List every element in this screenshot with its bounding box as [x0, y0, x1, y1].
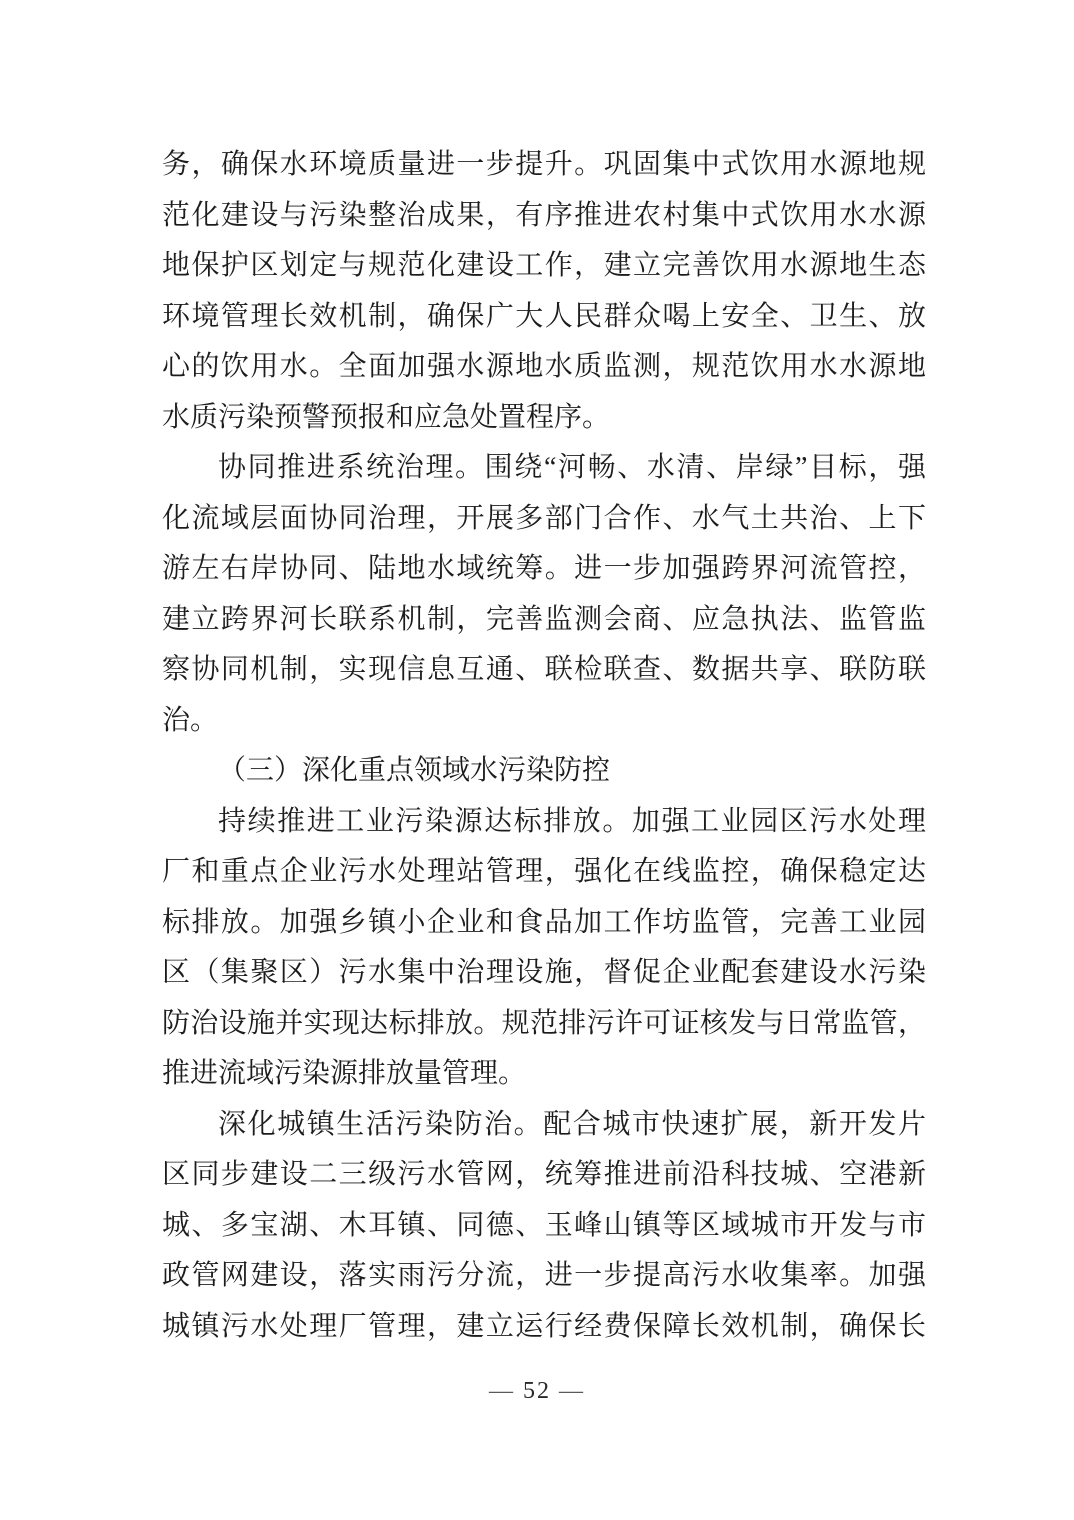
- text-line: 察协同机制，实现信息互通、联检联查、数据共享、联防联: [162, 645, 926, 696]
- text-line: 建立跨界河长联系机制，完善监测会商、应急执法、监管监: [162, 595, 926, 646]
- text-line: 厂和重点企业污水处理站管理，强化在线监控，确保稳定达: [162, 847, 926, 898]
- text-line: 化流域层面协同治理，开展多部门合作、水气土共治、上下: [162, 494, 926, 545]
- footer-left-dash: —: [481, 1378, 523, 1404]
- text-line: 范化建设与污染整治成果，有序推进农村集中式饮用水水源: [162, 191, 926, 242]
- text-line: 城镇污水处理厂管理，建立运行经费保障长效机制，确保长: [162, 1302, 926, 1353]
- footer-right-dash: —: [551, 1378, 593, 1404]
- text-line: 标排放。加强乡镇小企业和食品加工作坊监管，完善工业园: [162, 898, 926, 949]
- text-line: 深化城镇生活污染防治。配合城市快速扩展，新开发片: [162, 1100, 926, 1151]
- text-line: 城、多宝湖、木耳镇、同德、玉峰山镇等区域城市开发与市: [162, 1201, 926, 1252]
- text-line: 地保护区划定与规范化建设工作，建立完善饮用水源地生态: [162, 241, 926, 292]
- text-line: 政管网建设，落实雨污分流，进一步提高污水收集率。加强: [162, 1251, 926, 1302]
- text-line: （三）深化重点领域水污染防控: [162, 746, 926, 797]
- text-line: 务，确保水环境质量进一步提升。巩固集中式饮用水源地规: [162, 140, 926, 191]
- text-line: 治。: [162, 696, 926, 747]
- text-line: 游左右岸协同、陆地水域统筹。进一步加强跨界河流管控，: [162, 544, 926, 595]
- document-page: 务，确保水环境质量进一步提升。巩固集中式饮用水源地规范化建设与污染整治成果，有序…: [0, 0, 1074, 1520]
- text-line: 协同推进系统治理。围绕“河畅、水清、岸绿”目标，强: [162, 443, 926, 494]
- page-footer: —52—: [0, 1378, 1074, 1405]
- text-line: 防治设施并实现达标排放。规范排污许可证核发与日常监管，: [162, 999, 926, 1050]
- text-line: 区同步建设二三级污水管网，统筹推进前沿科技城、空港新: [162, 1150, 926, 1201]
- text-line: 心的饮用水。全面加强水源地水质监测，规范饮用水水源地: [162, 342, 926, 393]
- text-line: 持续推进工业污染源达标排放。加强工业园区污水处理: [162, 797, 926, 848]
- text-line: 环境管理长效机制，确保广大人民群众喝上安全、卫生、放: [162, 292, 926, 343]
- document-body: 务，确保水环境质量进一步提升。巩固集中式饮用水源地规范化建设与污染整治成果，有序…: [162, 140, 926, 1352]
- text-line: 推进流域污染源排放量管理。: [162, 1049, 926, 1100]
- text-line: 水质污染预警预报和应急处置程序。: [162, 393, 926, 444]
- page-number: 52: [523, 1378, 551, 1404]
- text-line: 区（集聚区）污水集中治理设施，督促企业配套建设水污染: [162, 948, 926, 999]
